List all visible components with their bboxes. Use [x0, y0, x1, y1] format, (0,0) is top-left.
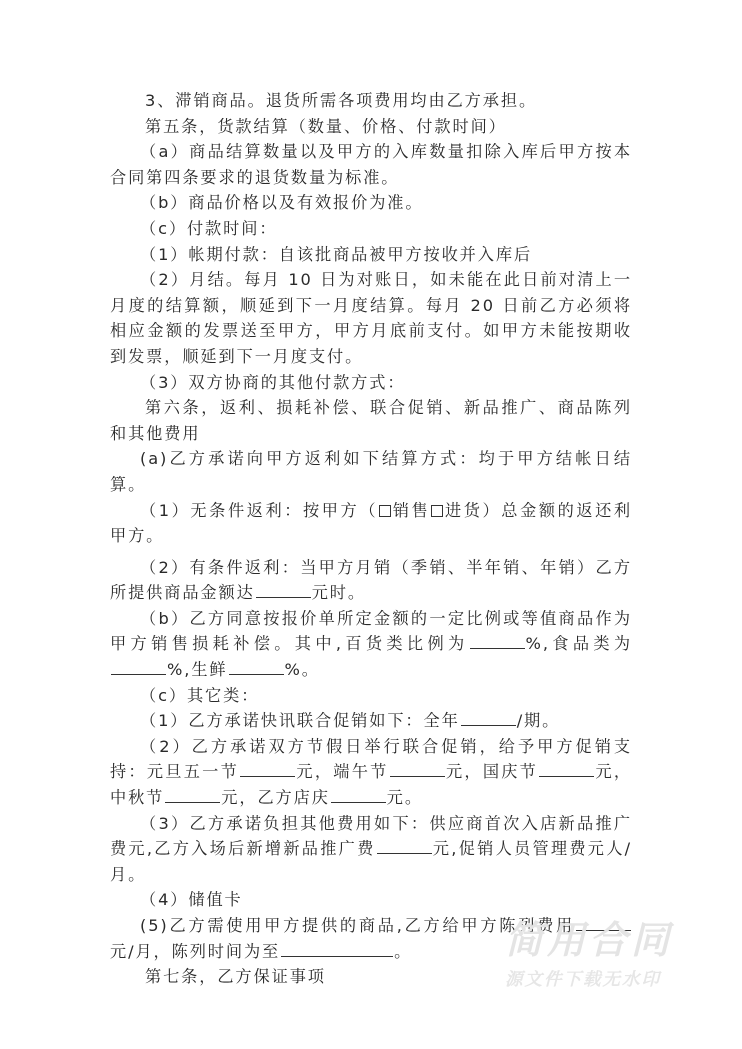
text: 元/月，陈列时间为至 [110, 942, 280, 961]
text: %,生鲜 [167, 660, 228, 679]
text: %,食品类为 [526, 634, 632, 653]
text: 元，国庆节 [446, 762, 539, 781]
checkbox-purchase[interactable] [431, 505, 443, 517]
blank-store-anniversary[interactable] [331, 785, 386, 803]
text: 。 [394, 942, 412, 961]
clause-payment-term: （1）帐期付款：自该批商品被甲方按收并入库后 [110, 242, 632, 268]
blank-dragon-boat[interactable] [390, 759, 445, 777]
clause-stored-value-card: （4）储值卡 [110, 887, 632, 913]
text: /期。 [517, 711, 561, 730]
text: 元，乙方店庆 [221, 788, 330, 807]
blank-food-percent[interactable] [111, 657, 166, 675]
clause-other-payment: （3）双方协商的其他付款方式： [110, 370, 632, 396]
text: 元，端午节 [296, 762, 389, 781]
clause-5a-quantity: （a）商品结算数量以及甲方的入库数量扣除入库后甲方按本合同第四条要求的退货数量为… [110, 139, 632, 190]
clause-unconditional-rebate: （1）无条件返利：按甲方（销售进货）总金额的返还利甲方。 [110, 498, 632, 549]
blank-new-year-may-day[interactable] [240, 759, 295, 777]
blank-national-day[interactable] [539, 759, 594, 777]
text: 元。 [387, 788, 423, 807]
clause-5c-payment-time: （c）付款时间： [110, 216, 632, 242]
option-sales-label: 销售 [392, 501, 430, 520]
text: %。 [285, 660, 320, 679]
blank-general-goods-percent[interactable] [470, 631, 525, 649]
watermark-title: 简用合同 [505, 918, 705, 962]
blank-new-product-fee[interactable] [377, 836, 432, 854]
clause-slow-moving-goods: 3、滞销商品。退货所需各项费用均由乙方承担。 [110, 88, 632, 114]
checkbox-sales[interactable] [379, 505, 391, 517]
clause-monthly-settlement: （2）月结。每月 10 日为对账日，如未能在此日前对清上一月度的结算额，顺延到下… [110, 267, 632, 369]
text: 元时。 [312, 583, 366, 602]
blank-fresh-percent[interactable] [229, 657, 284, 675]
option-purchase-label: 进货 [444, 501, 482, 520]
blank-flyer-count[interactable] [461, 708, 516, 726]
clause-holiday-promotion: （2）乙方承诺双方节假日举行联合促销，给予甲方促销支持：元旦五一节元，端午节元，… [110, 734, 632, 811]
clause-other-fees: （3）乙方承诺负担其他费用如下：供应商首次入店新品推广费元,乙方入场后新增新品推… [110, 811, 632, 888]
watermark: 简用合同 源文件下载无水印 [505, 918, 705, 992]
text: （2）有条件返利：当甲方月销（季销、半年销、年销）乙方所提供商品金额达 [110, 558, 632, 603]
clause-flyer-promotion: （1）乙方承诺快讯联合促销如下：全年/期。 [110, 708, 632, 734]
clause-conditional-rebate: （2）有条件返利：当甲方月销（季销、半年销、年销）乙方所提供商品金额达元时。 [110, 555, 632, 606]
clause-5b-price: （b）商品价格以及有效报价为准。 [110, 190, 632, 216]
blank-amount-field[interactable] [256, 580, 311, 598]
blank-display-period[interactable] [281, 939, 393, 957]
text: （1）乙方承诺快讯联合促销如下：全年 [140, 711, 460, 730]
article-5-heading: 第五条，货款结算（数量、价格、付款时间） [110, 114, 632, 140]
clause-6a-rebate: (a)乙方承诺向甲方返利如下结算方式：均于甲方结帐日结算。 [110, 446, 632, 497]
clause-6b-loss-compensation: （b）乙方同意按报价单所定金额的一定比例或等值商品作为甲方销售损耗补偿。其中,百… [110, 606, 632, 683]
article-6-heading: 第六条，返利、损耗补偿、联合促销、新品推广、商品陈列和其他费用 [110, 395, 632, 446]
blank-mid-autumn[interactable] [165, 785, 220, 803]
document-page: 3、滞销商品。退货所需各项费用均由乙方承担。 第五条，货款结算（数量、价格、付款… [110, 88, 632, 990]
clause-6c-other: （c）其它类： [110, 683, 632, 709]
text: （1）无条件返利：按甲方（ [140, 501, 378, 520]
watermark-subtitle: 源文件下载无水印 [505, 968, 705, 992]
